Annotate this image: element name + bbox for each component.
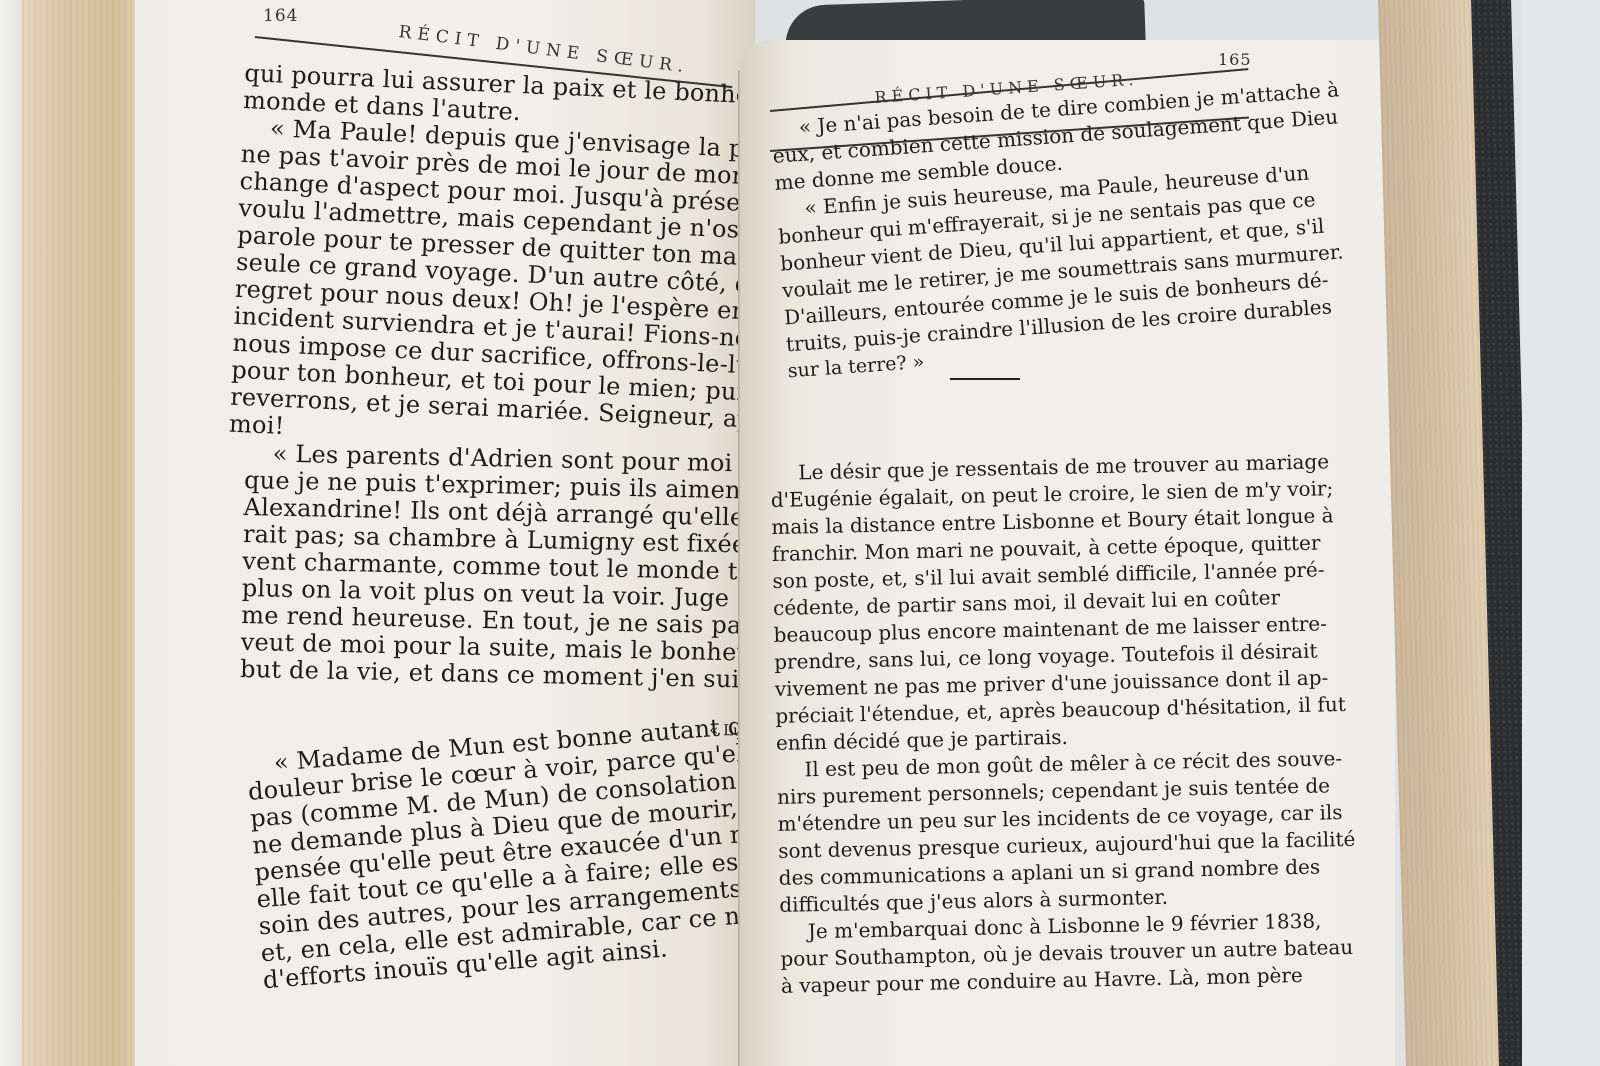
left-page-block-edge	[22, 0, 140, 1066]
right-page-text: RÉCIT D'UNE SŒUR. 165 « Je n'ai pas beso…	[770, 40, 1280, 96]
left-page: 164 RÉCIT D'UNE SŒUR. qui pourra lui ass…	[135, 0, 755, 1066]
left-running-head: 164 RÉCIT D'UNE SŒUR.	[245, 0, 745, 40]
left-page-text: 164 RÉCIT D'UNE SŒUR. qui pourra lui ass…	[245, 0, 745, 438]
right-page: RÉCIT D'UNE SŒUR. 165 « Je n'ai pas beso…	[740, 40, 1395, 1066]
right-page-number: 165	[1218, 50, 1252, 69]
background-right	[1522, 0, 1600, 1066]
open-book-photo: 164 RÉCIT D'UNE SŒUR. qui pourra lui ass…	[0, 0, 1600, 1066]
section-divider	[950, 378, 1020, 380]
left-page-number: 164	[263, 6, 298, 26]
